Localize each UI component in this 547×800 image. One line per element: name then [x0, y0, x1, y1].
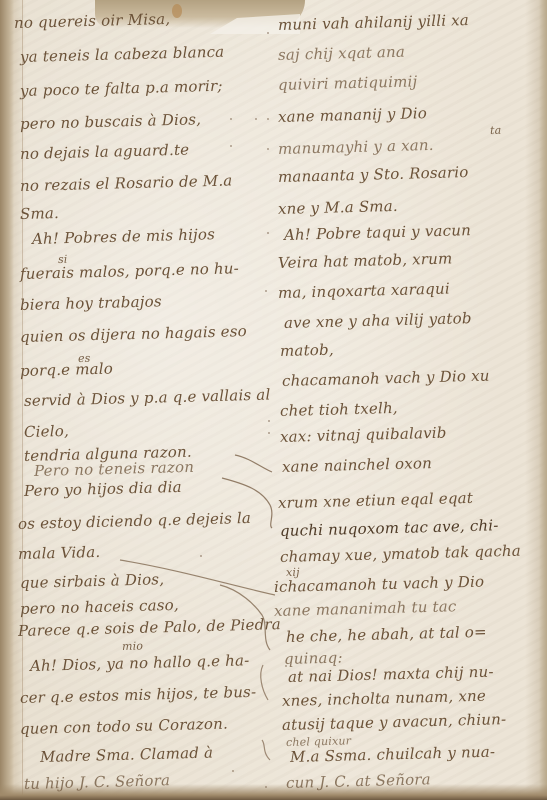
manuscript-line: que sirbais à Dios, — [20, 570, 165, 592]
manuscript-line: xane mananij y Dio — [278, 104, 427, 126]
manuscript-line: porq.e malo — [20, 360, 113, 380]
manuscript-line: Ah! Pobre taqui y vacun — [284, 221, 471, 244]
ink-speck — [265, 786, 267, 788]
manuscript-line: Veira hat matob, xrum — [278, 249, 453, 272]
manuscript-line: tu hijo J. C. Señora — [24, 771, 171, 793]
manuscript-line: quien os dijera no hagais eso — [20, 322, 247, 346]
manuscript-line: ma, inqoxarta xaraqui — [278, 280, 450, 302]
manuscript-line: pero no buscais à Dios, — [20, 110, 202, 133]
manuscript-line: he che, he abah, at tal o= — [286, 623, 487, 646]
manuscript-line: cer q.e estos mis hijos, te bus- — [20, 683, 257, 707]
manuscript-line: mala Vida. — [18, 543, 101, 563]
manuscript-line: no quereis oir Misa, — [14, 10, 171, 32]
ink-speck — [230, 145, 232, 147]
ink-speck — [268, 432, 270, 434]
ink-speck — [285, 665, 287, 667]
manuscript-line: Ah! Pobres de mis hijos — [32, 225, 216, 248]
manuscript-line: quen con todo su Corazon. — [20, 715, 228, 738]
manuscript-line: ave xne y aha vilij yatob — [284, 309, 472, 332]
manuscript-line: fuerais malos, porq.e no hu- — [20, 259, 239, 283]
manuscript-line: xane nainchel oxon — [282, 454, 432, 476]
manuscript-line: atusij taque y avacun, chiun- — [282, 710, 507, 734]
manuscript-line: Pero yo hijos dia dia — [24, 478, 182, 500]
manuscript-line: Sma. — [20, 204, 59, 223]
manuscript-line: xne y M.a Sma. — [278, 197, 398, 218]
manuscript-line: servid à Dios y p.a q.e vallais al — [24, 386, 271, 410]
manuscript-line: chacamanoh vach y Dio xu — [282, 367, 490, 390]
ink-speck — [267, 32, 269, 34]
interlinear-note: ta — [490, 124, 502, 137]
manuscript-line: manaanta y Sto. Rosario — [278, 163, 469, 186]
ink-speck — [265, 290, 267, 292]
struck-line: Pero no teneis razon — [34, 458, 195, 480]
ink-speck — [268, 420, 270, 422]
ink-speck — [267, 232, 269, 234]
manuscript-line: quchi nuqoxom tac ave, chi- — [280, 516, 499, 540]
manuscript-line: ya poco te falta p.a morir; — [20, 77, 223, 100]
manuscript-line: os estoy diciendo q.e dejeis la — [18, 509, 252, 533]
manuscript-line: no rezais el Rosario de M.a — [20, 171, 233, 195]
manuscript-line: xnes, incholta nunam, xne — [282, 687, 486, 710]
manuscript-line: chet tioh txelh, — [280, 399, 398, 420]
manuscript-line: Ah! Dios, ya no hallo q.e ha- — [30, 651, 250, 675]
ink-speck — [255, 118, 257, 120]
right-edge — [539, 0, 547, 800]
stain-spot — [172, 4, 182, 18]
manuscript-line: manumayhi y a xan. — [278, 136, 434, 158]
manuscript-line: no dejais la aguard.te — [20, 141, 190, 163]
manuscript-line: ya teneis la cabeza blanca — [20, 43, 225, 66]
manuscript-line: xane mananimah tu tac — [274, 597, 457, 620]
manuscript-line: Parece q.e sois de Palo, de Piedra — [18, 615, 281, 640]
manuscript-line: saj chij xqat ana — [278, 43, 406, 64]
manuscript-line: pero no haceis caso, — [20, 596, 179, 618]
ink-speck — [267, 118, 269, 120]
manuscript-line: Madre Sma. Clamad à — [40, 743, 214, 766]
manuscript-line: biera hoy trabajos — [20, 292, 162, 314]
manuscript-line: Cielo, — [24, 422, 69, 441]
interlinear-note: mio — [122, 639, 144, 653]
manuscript-line: xax: vitnaj quibalavib — [280, 424, 447, 446]
manuscript-line: quinaq: — [284, 648, 343, 668]
ink-speck — [232, 770, 234, 772]
manuscript-line: quiviri matiquimij — [278, 72, 418, 94]
manuscript-line: chamay xue, ymatob tak qacha — [280, 542, 521, 566]
ink-speck — [267, 148, 269, 150]
manuscript-line: matob, — [280, 341, 334, 360]
ink-speck — [200, 555, 202, 557]
manuscript-line: ichacamanoh tu vach y Dio — [274, 572, 485, 595]
manuscript-page: no quereis oir Misa, ya teneis la cabeza… — [0, 0, 547, 800]
ink-speck — [230, 118, 232, 120]
manuscript-line: xrum xne etiun eqal eqat — [278, 489, 473, 512]
binding-edge — [0, 0, 14, 800]
manuscript-line: cun J. C. at Señora — [286, 770, 431, 792]
manuscript-line: muni vah ahilanij yilli xa — [278, 11, 469, 34]
